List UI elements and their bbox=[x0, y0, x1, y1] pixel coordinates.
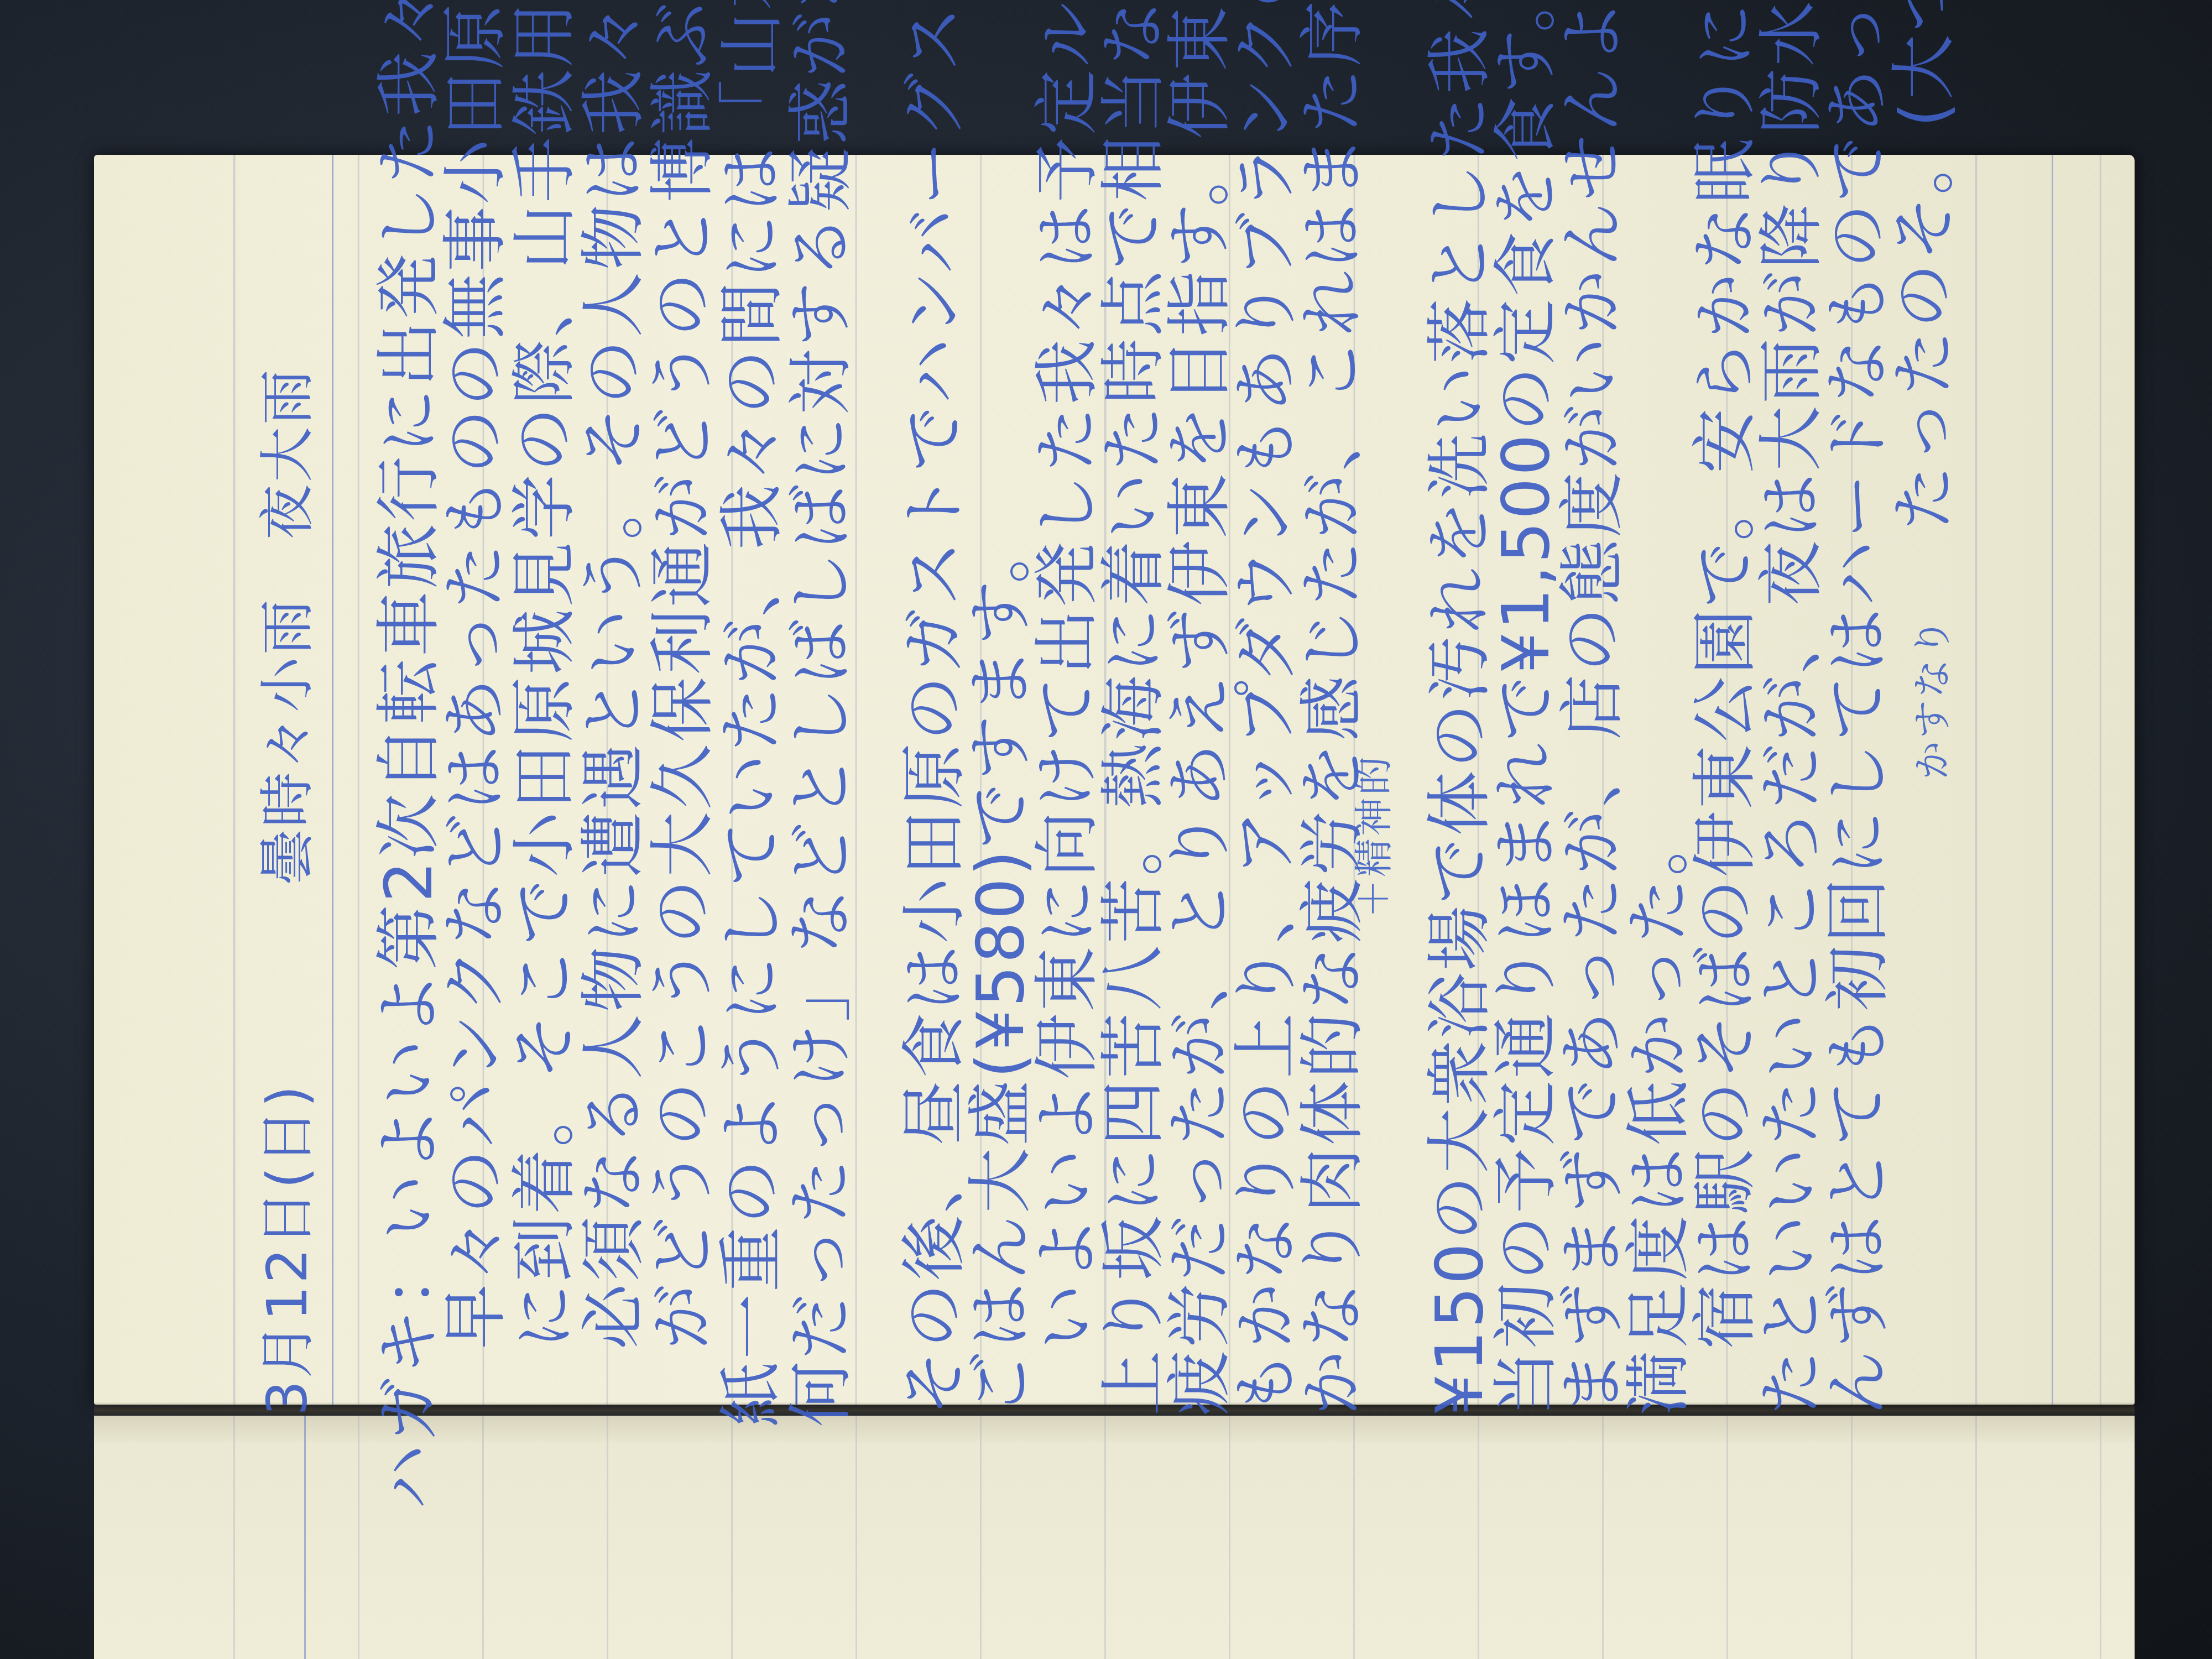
text-line: ハガキ：いよいよ第2次自転車旅行に出発した我々は bbox=[376, 0, 441, 1510]
text-line: 宿は駅のそばの伊東公園で。安らかな眠りについ bbox=[1692, 0, 1757, 1349]
text-line: 満足度は低かった。 bbox=[1626, 808, 1691, 1416]
text-line: まずまずであったが、店の態度がいかんせんよくなく bbox=[1559, 0, 1625, 1416]
text-line: ¥150の大衆浴場で体の汚れを洗い落とした我々は bbox=[1427, 0, 1492, 1416]
text-line: んずはとても初回にしてはハードなものであった。 bbox=[1825, 0, 1890, 1416]
margin-line-lower bbox=[304, 1416, 306, 1659]
text-line: かなり肉体的な疲労を感じたが、これはまた序に過ぎなかった。 bbox=[1300, 0, 1365, 1416]
text-line: に到着。そこで小田原城見学の際、山手鉄用語の bbox=[512, 0, 577, 1349]
text-line: がどうのこうの大久保利通がどうのと博識ぶりを bbox=[650, 0, 715, 1349]
closing-line: たったのそ。(大つり) bbox=[1891, 0, 1957, 531]
text-line: 上り坂に四苦八苦。熱海に着いた時点で相当な bbox=[1100, 0, 1166, 1416]
text-line: 必須なる人物に遭遇という。その人物は我々に山岳5面 bbox=[581, 0, 646, 1349]
text-line: 何だったっけ」などとしばしばに対する疑惑がなかなか出ていた。 bbox=[788, 0, 853, 1427]
text-line: 早々のパンクなどはあったものの無事小田原 bbox=[442, 2, 508, 1349]
text-line: 疲労だったが、とりあえず伊東を目指す。伊東にいく際 bbox=[1167, 0, 1232, 1416]
text-line: その後、昼食は小田原のガストでハンバーグステーキ bbox=[901, 0, 967, 1416]
text-line: 紙一重のようにしていたが、我々の間には「山本飲み会って bbox=[719, 0, 784, 1427]
signature: かすなり bbox=[1913, 616, 1952, 780]
diary-date: 3月12日(日) bbox=[260, 1083, 315, 1416]
text-line: たといいたいところだが、夜は大雨が降り防水対策に追われ bbox=[1759, 0, 1824, 1416]
text-line: もかなりの上り、アップダウンもありブランクのあった我々には bbox=[1233, 0, 1298, 1416]
text-line: いよいよ伊東に向けて出発した我々は予定ルートの bbox=[1034, 0, 1099, 1349]
handwritten-text: 3月12日(日) 曇時々小雨 夜大雨 ハガキ：いよいよ第2次自転車旅行に出発した… bbox=[238, 144, 2063, 1416]
text-line: 当初の予定通りほまれで¥1,500の定食を食す。味そのものは bbox=[1493, 0, 1558, 1416]
diary-weather: 曇時々小雨 夜大雨 bbox=[260, 367, 315, 885]
margin-annotation: ＋精神的 bbox=[1355, 754, 1394, 918]
text-line: ごはん大盛(¥580)ですます。 bbox=[968, 516, 1033, 1416]
